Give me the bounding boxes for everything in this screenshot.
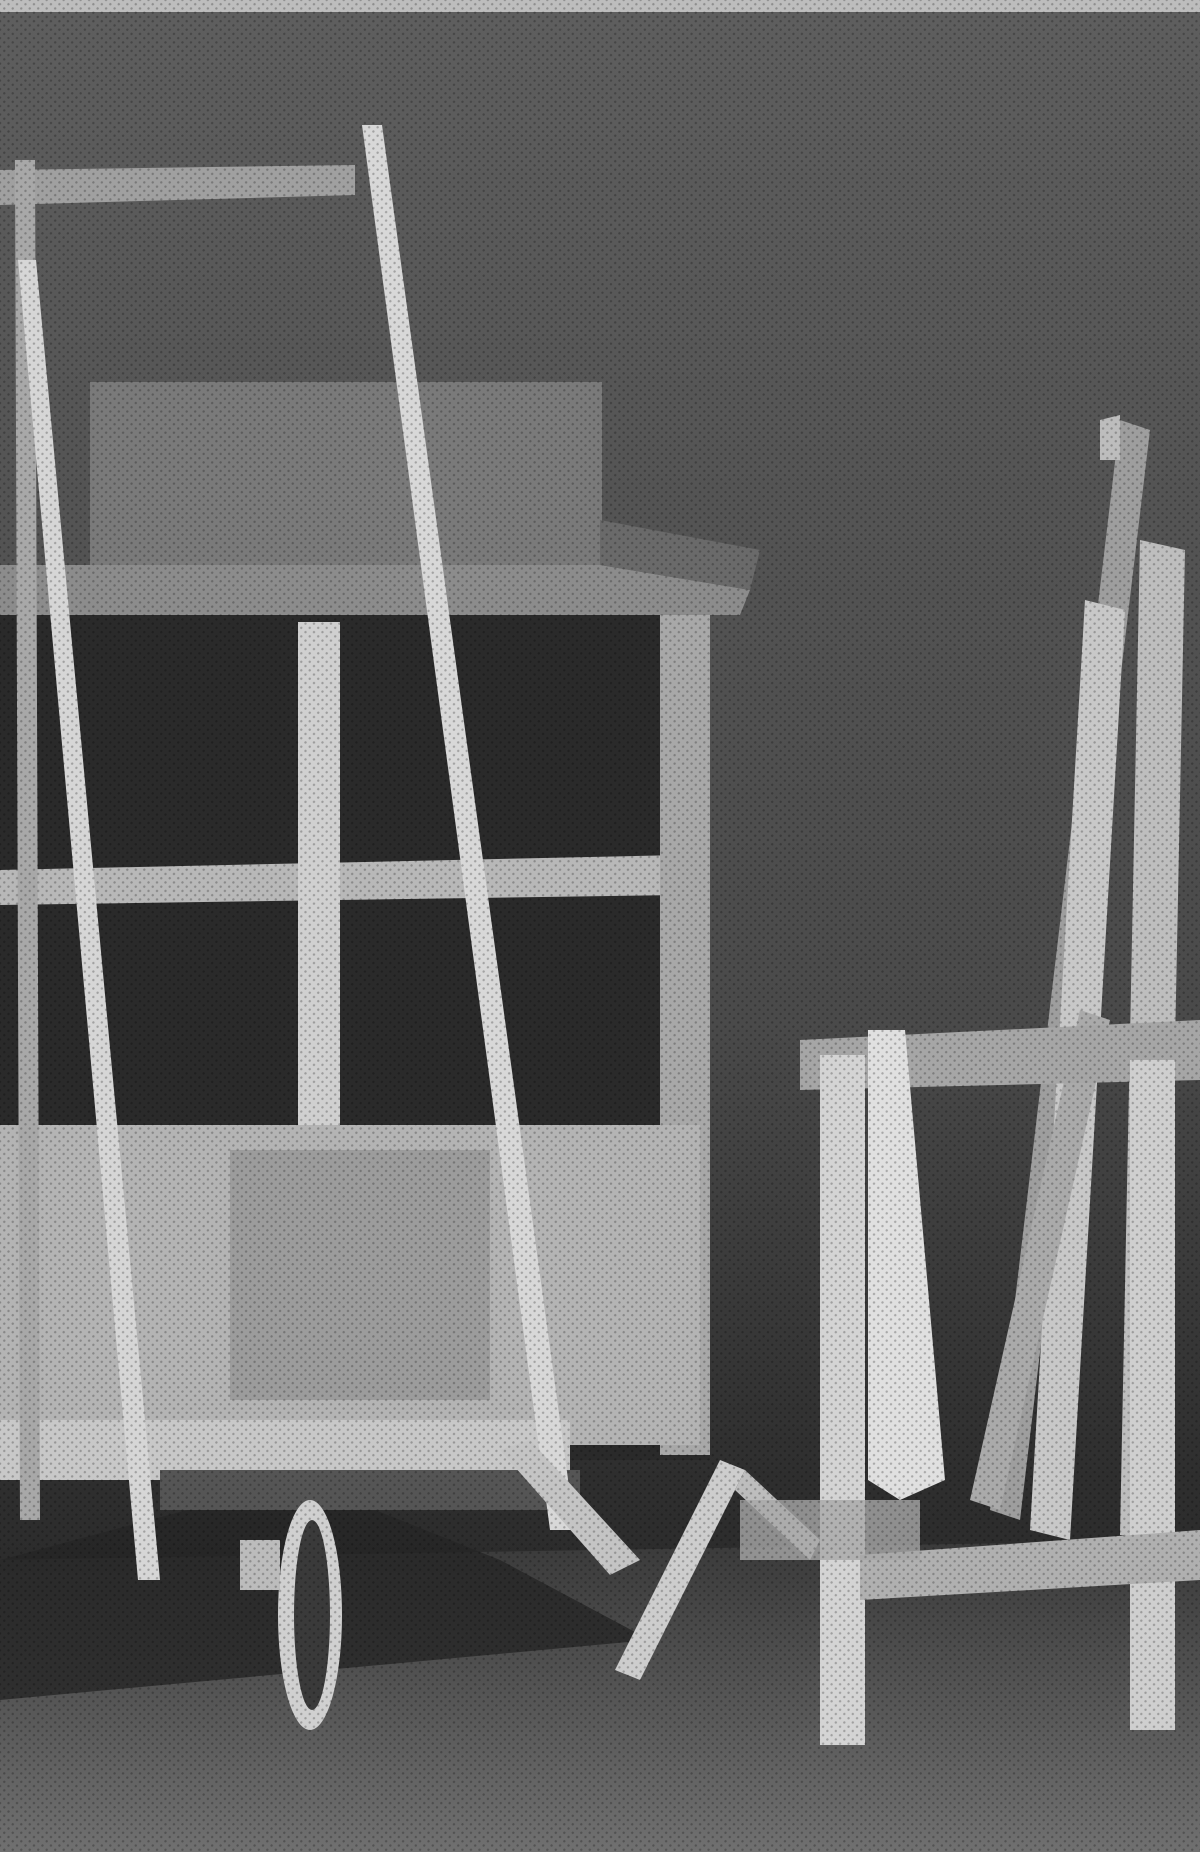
halftone-texture: [0, 0, 1200, 1852]
halftone-photograph: Black-and-white halftone photograph of a…: [0, 0, 1200, 1852]
